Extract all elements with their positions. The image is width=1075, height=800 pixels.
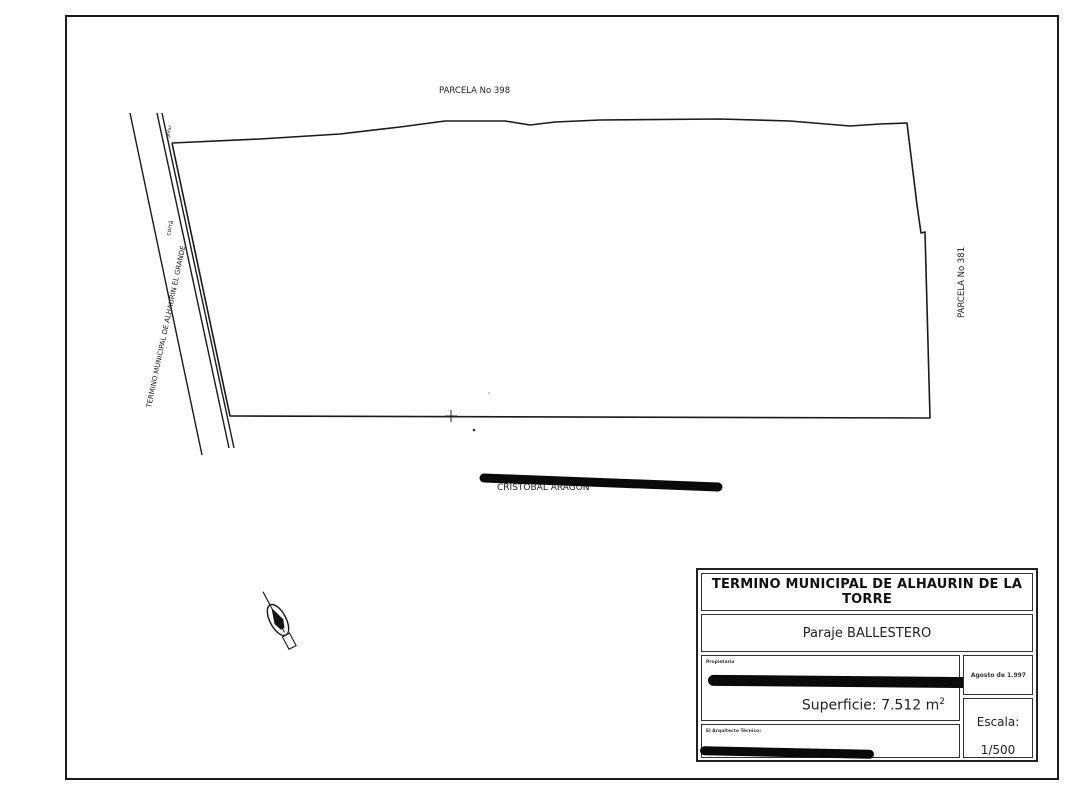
survey-point-mark (473, 429, 476, 432)
municipality-name: TERMINO MUNICIPAL DE ALHAURIN DE LA TORR… (702, 577, 1032, 607)
title-block-architect: El Arquitecto Técnico: (701, 724, 960, 758)
scale-value: 1/500 (964, 743, 1032, 757)
parcel-label-north: PARCELA No 398 (439, 86, 510, 96)
survey-cross-mark (445, 410, 457, 422)
title-block-scale: Escala: 1/500 (963, 698, 1033, 758)
title-block-place: Paraje BALLESTERO (701, 614, 1033, 652)
owner-caption: Propietario (706, 660, 734, 665)
parcel-label-east: PARCELA No 381 (957, 247, 967, 318)
road-edge-outer (130, 113, 202, 455)
boundary-label-west: TERMINO MUNICIPAL DE ALHAURIN EL GRANDE (145, 245, 187, 409)
road-edge-inner-1 (157, 113, 229, 448)
drawing-date: Agosto de 1.997 (971, 672, 1026, 679)
north-arrow-icon (256, 588, 300, 651)
surface-label: Superficie: (802, 698, 877, 714)
place-name: Paraje BALLESTERO (803, 626, 931, 641)
surface-value: 7.512 (881, 698, 921, 714)
title-block: TERMINO MUNICIPAL DE ALHAURIN DE LA TORR… (696, 568, 1038, 762)
surface-unit-exponent: 2 (939, 697, 945, 707)
survey-point-mark (488, 392, 490, 394)
road-label-lower: corrá (165, 220, 175, 237)
surface-area: Superficie: 7.512 m2 (802, 697, 945, 714)
title-block-date: Agosto de 1.997 (963, 655, 1033, 695)
surface-unit: m (926, 698, 940, 714)
scale-label: Escala: (964, 715, 1032, 729)
architect-caption: El Arquitecto Técnico: (706, 729, 761, 734)
architect-name-redaction (700, 746, 874, 759)
title-block-municipality: TERMINO MUNICIPAL DE ALHAURIN DE LA TORR… (701, 573, 1033, 611)
road-label-upper: grifar (165, 125, 173, 138)
parcel-boundary (172, 119, 930, 418)
title-block-owner: Propietario Superficie: 7.512 m2 (701, 655, 960, 721)
owner-name-redaction (708, 675, 976, 688)
